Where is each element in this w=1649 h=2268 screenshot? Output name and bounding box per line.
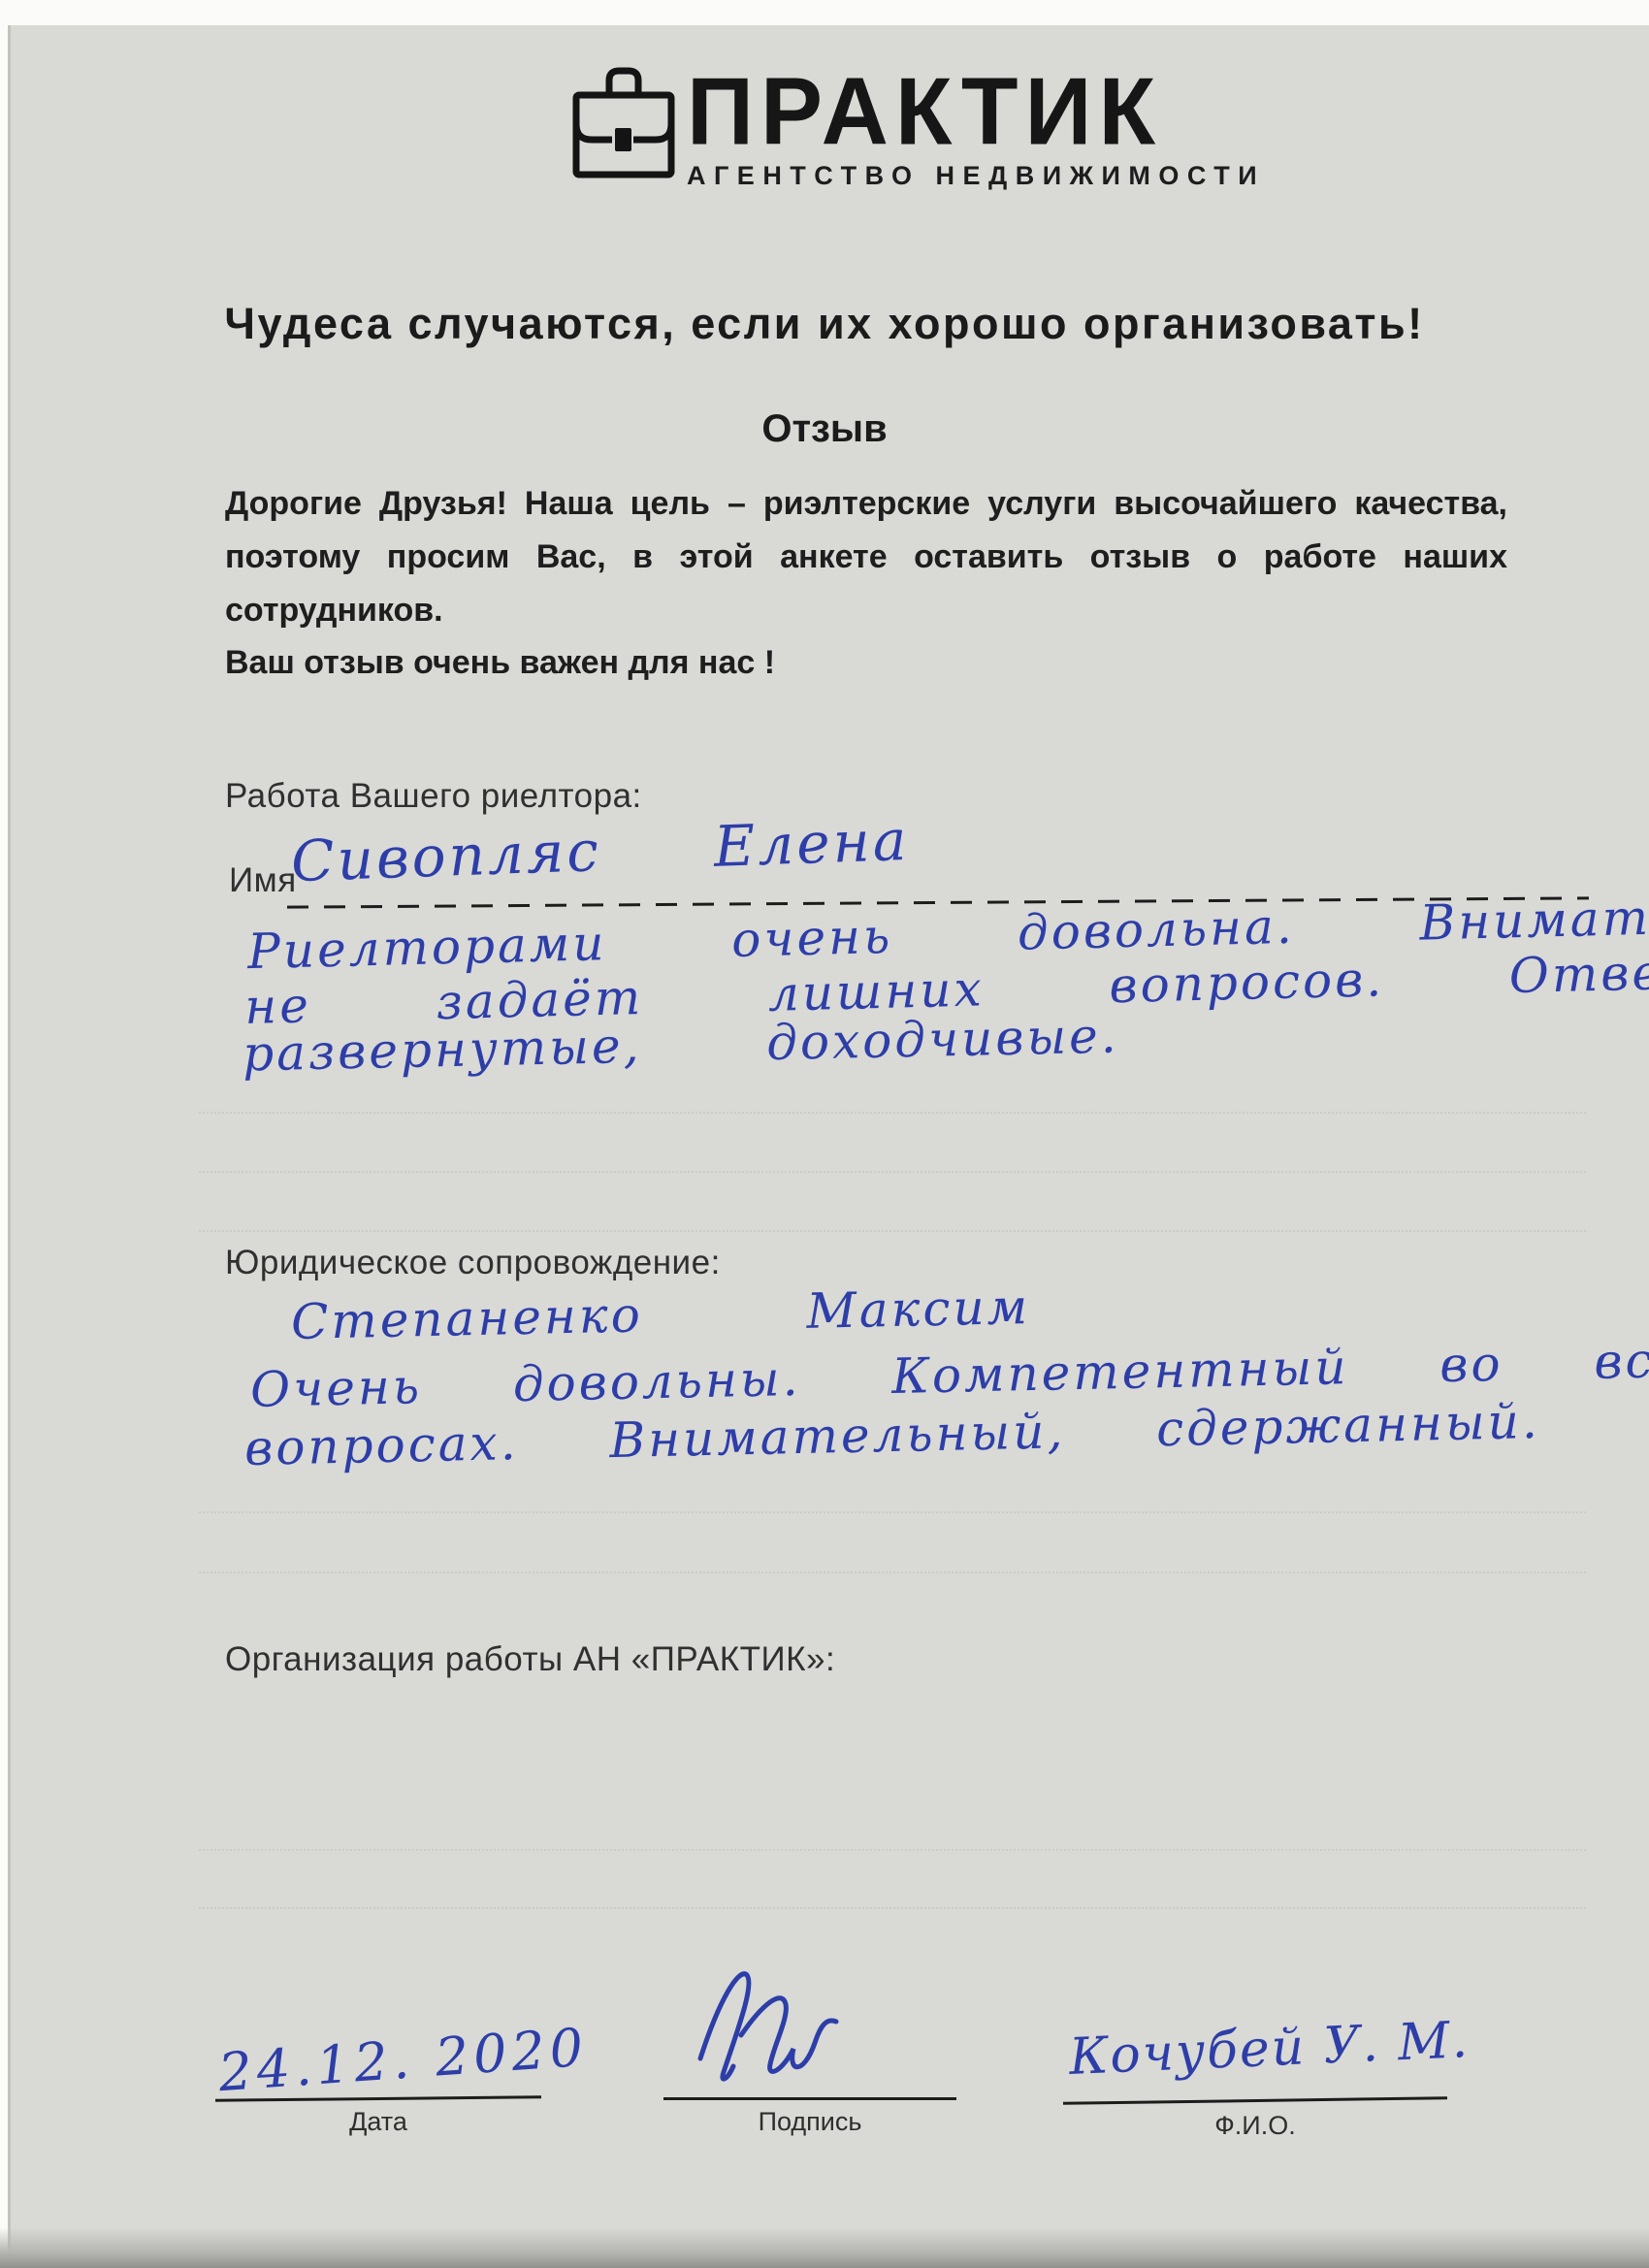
empty-answer-line <box>199 1907 1586 1909</box>
empty-answer-line <box>199 1849 1586 1851</box>
realtor-section-label: Работа Вашего риелтора: <box>225 777 642 816</box>
scan-bottom-edge <box>0 2227 1649 2268</box>
signature-line <box>663 2097 956 2100</box>
name-field-label: Имя <box>229 861 297 900</box>
logo-text: ПРАКТИК АГЕНТСТВО НЕДВИЖИМОСТИ <box>687 66 1265 191</box>
form-title: Отзыв <box>0 407 1649 451</box>
empty-answer-line <box>199 1171 1586 1173</box>
empty-answer-line <box>199 1511 1586 1513</box>
empty-answer-line <box>199 1112 1586 1114</box>
empty-answer-line <box>199 1230 1586 1232</box>
scan-left-edge <box>8 25 11 2268</box>
signature-label: Подпись <box>663 2107 956 2137</box>
scanned-feedback-form: ПРАКТИК АГЕНТСТВО НЕДВИЖИМОСТИ Чудеса сл… <box>0 0 1649 2268</box>
fio-label: Ф.И.О. <box>1063 2111 1447 2141</box>
agency-logo: ПРАКТИК АГЕНТСТВО НЕДВИЖИМОСТИ <box>570 66 1265 191</box>
brand-name: ПРАКТИК <box>687 65 1265 160</box>
empty-answer-line <box>199 1571 1586 1573</box>
organization-section-label: Организация работы АН «ПРАКТИК»: <box>225 1640 835 1679</box>
intro-line-2: поэтому просим Вас, в этой анкете остави… <box>225 531 1507 584</box>
paper-background <box>10 25 1649 2268</box>
intro-paragraph: Дорогие Друзья! Наша цель – риэлтерские … <box>225 477 1507 637</box>
intro-line-3: сотрудников. <box>225 584 1507 637</box>
headline: Чудеса случаются, если их хорошо организ… <box>0 299 1649 349</box>
brand-subtitle: АГЕНТСТВО НЕДВИЖИМОСТИ <box>687 161 1265 191</box>
intro-line-1: Дорогие Друзья! Наша цель – риэлтерские … <box>225 477 1507 531</box>
legal-section-label: Юридическое сопровождение: <box>225 1244 721 1282</box>
briefcase-icon <box>570 66 677 180</box>
signature-scribble-icon <box>671 1961 894 2097</box>
date-label: Дата <box>215 2107 541 2137</box>
importance-note: Ваш отзыв очень важен для нас ! <box>225 644 775 682</box>
